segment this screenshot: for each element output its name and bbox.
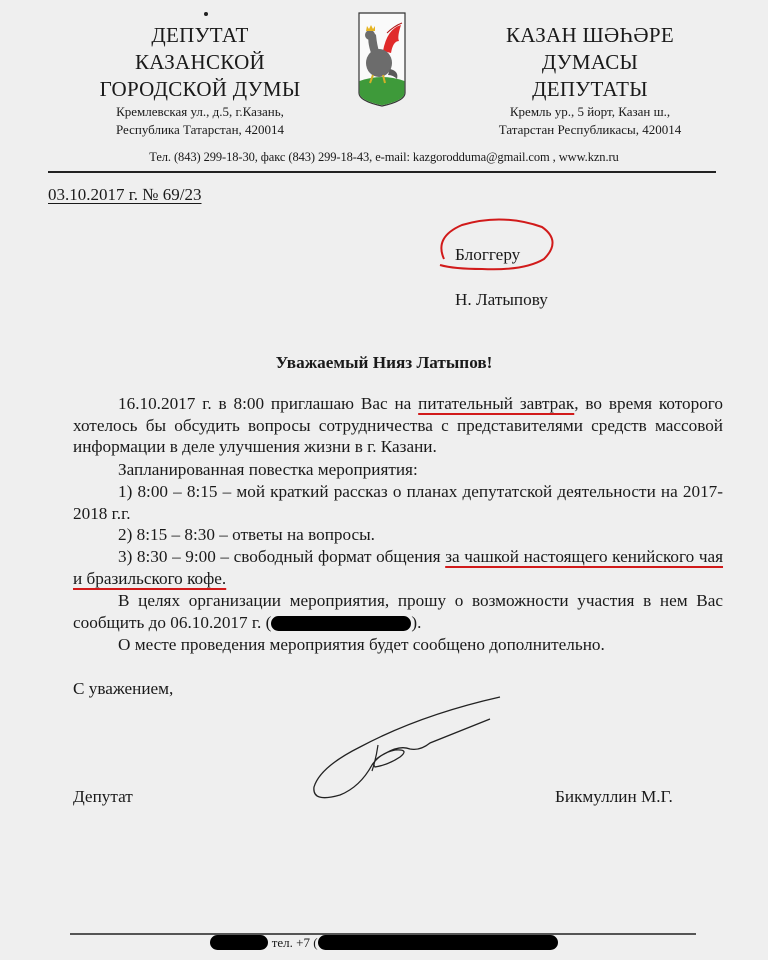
agenda-title: Запланированная повестка мероприятия:: [118, 459, 418, 481]
redacted-contact: [271, 616, 411, 631]
agenda-item-3: 3) 8:30 – 9:00 – свободный формат общени…: [73, 546, 723, 589]
venue-note: О месте проведения мероприятия будет соо…: [118, 634, 605, 656]
letterhead-right-title-3: ДЕПУТАТЫ: [470, 76, 710, 103]
salutation: Уважаемый Нияз Латыпов!: [0, 352, 768, 374]
document-reference: 03.10.2017 г. № 69/23: [48, 185, 202, 205]
letterhead-contacts: Тел. (843) 299-18-30, факс (843) 299-18-…: [0, 150, 768, 165]
footer-phone-prefix: тел. +7 (: [272, 935, 318, 950]
letterhead-left: ДЕПУТАТ КАЗАНСКОЙ ГОРОДСКОЙ ДУМЫ Кремлев…: [80, 22, 320, 139]
recipient-name: Н. Латыпову: [455, 289, 548, 311]
letterhead-left-address-2: Республика Татарстан, 420014: [80, 121, 320, 139]
letterhead-right-address-1: Кремль ур., 5 йорт, Казан ш.,: [470, 103, 710, 121]
letterhead-right-title-2: ДУМАСЫ: [470, 49, 710, 76]
signer-name: Бикмуллин М.Г.: [555, 786, 673, 808]
header-dot: [204, 12, 208, 16]
letterhead-left-address-1: Кремлевская ул., д.5, г.Казань,: [80, 103, 320, 121]
letterhead-left-title-3: ГОРОДСКОЙ ДУМЫ: [80, 76, 320, 103]
letterhead-left-title-2: КАЗАНСКОЙ: [80, 49, 320, 76]
agenda-item-1: 1) 8:00 – 8:15 – мой краткий рассказ о п…: [73, 481, 723, 524]
rsvp-paragraph: В целях организации мероприятия, прошу о…: [73, 590, 723, 633]
letterhead-divider: [48, 171, 716, 173]
letterhead-right: КАЗАН ШӘҺӘРЕ ДУМАСЫ ДЕПУТАТЫ Кремль ур.,…: [470, 22, 710, 139]
footer-contacts: тел. +7 (: [0, 935, 768, 951]
agenda-item-3-text: 3) 8:30 – 9:00 – свободный формат общени…: [118, 547, 445, 566]
rsvp-text-end: ).: [411, 613, 421, 632]
redacted-footer-details: [318, 935, 558, 950]
recipient-role: Блоггеру: [455, 244, 520, 266]
invitation-text-start: 16.10.2017 г. в 8:00 приглашаю Вас на: [118, 394, 418, 413]
invitation-paragraph: 16.10.2017 г. в 8:00 приглашаю Вас на пи…: [73, 393, 723, 458]
letterhead-left-title-1: ДЕПУТАТ: [80, 22, 320, 49]
kazan-coat-of-arms-icon: [357, 11, 407, 107]
highlight-breakfast: питательный завтрак: [418, 394, 574, 413]
agenda-item-2: 2) 8:15 – 8:30 – ответы на вопросы.: [118, 524, 375, 546]
handwritten-signature: [300, 695, 520, 805]
letterhead-right-address-2: Татарстан Республикасы, 420014: [470, 121, 710, 139]
redacted-footer-name: [210, 935, 268, 950]
letterhead-right-title-1: КАЗАН ШӘҺӘРЕ: [470, 22, 710, 49]
closing-regards: С уважением,: [73, 678, 173, 700]
signer-position: Депутат: [73, 786, 133, 808]
